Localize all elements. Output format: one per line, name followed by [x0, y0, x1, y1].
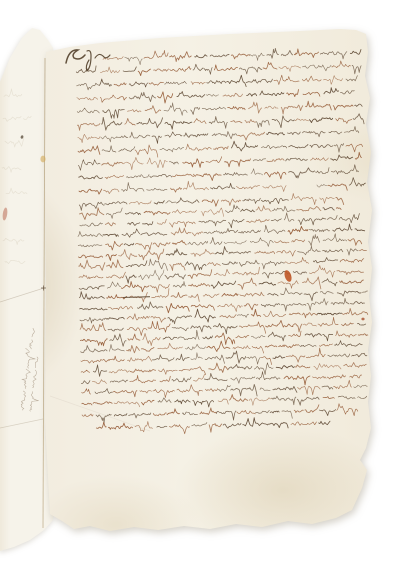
showthrough-marks — [2, 89, 31, 264]
fold-crease — [0, 419, 43, 428]
strikethrough-mark — [123, 297, 150, 298]
ink-speck — [361, 318, 364, 321]
stain-spot — [40, 156, 45, 163]
handwriting-lines — [74, 46, 371, 436]
red-smudge — [2, 207, 8, 220]
fold-creases — [0, 58, 150, 528]
fold-crease — [0, 288, 44, 302]
spine-fold-rule — [43, 58, 45, 528]
opening-paraph — [66, 50, 110, 71]
register-cross-mark — [41, 286, 46, 291]
handwriting-layer — [0, 0, 416, 570]
manuscript-photo — [0, 0, 416, 570]
fold-crease — [50, 396, 150, 431]
